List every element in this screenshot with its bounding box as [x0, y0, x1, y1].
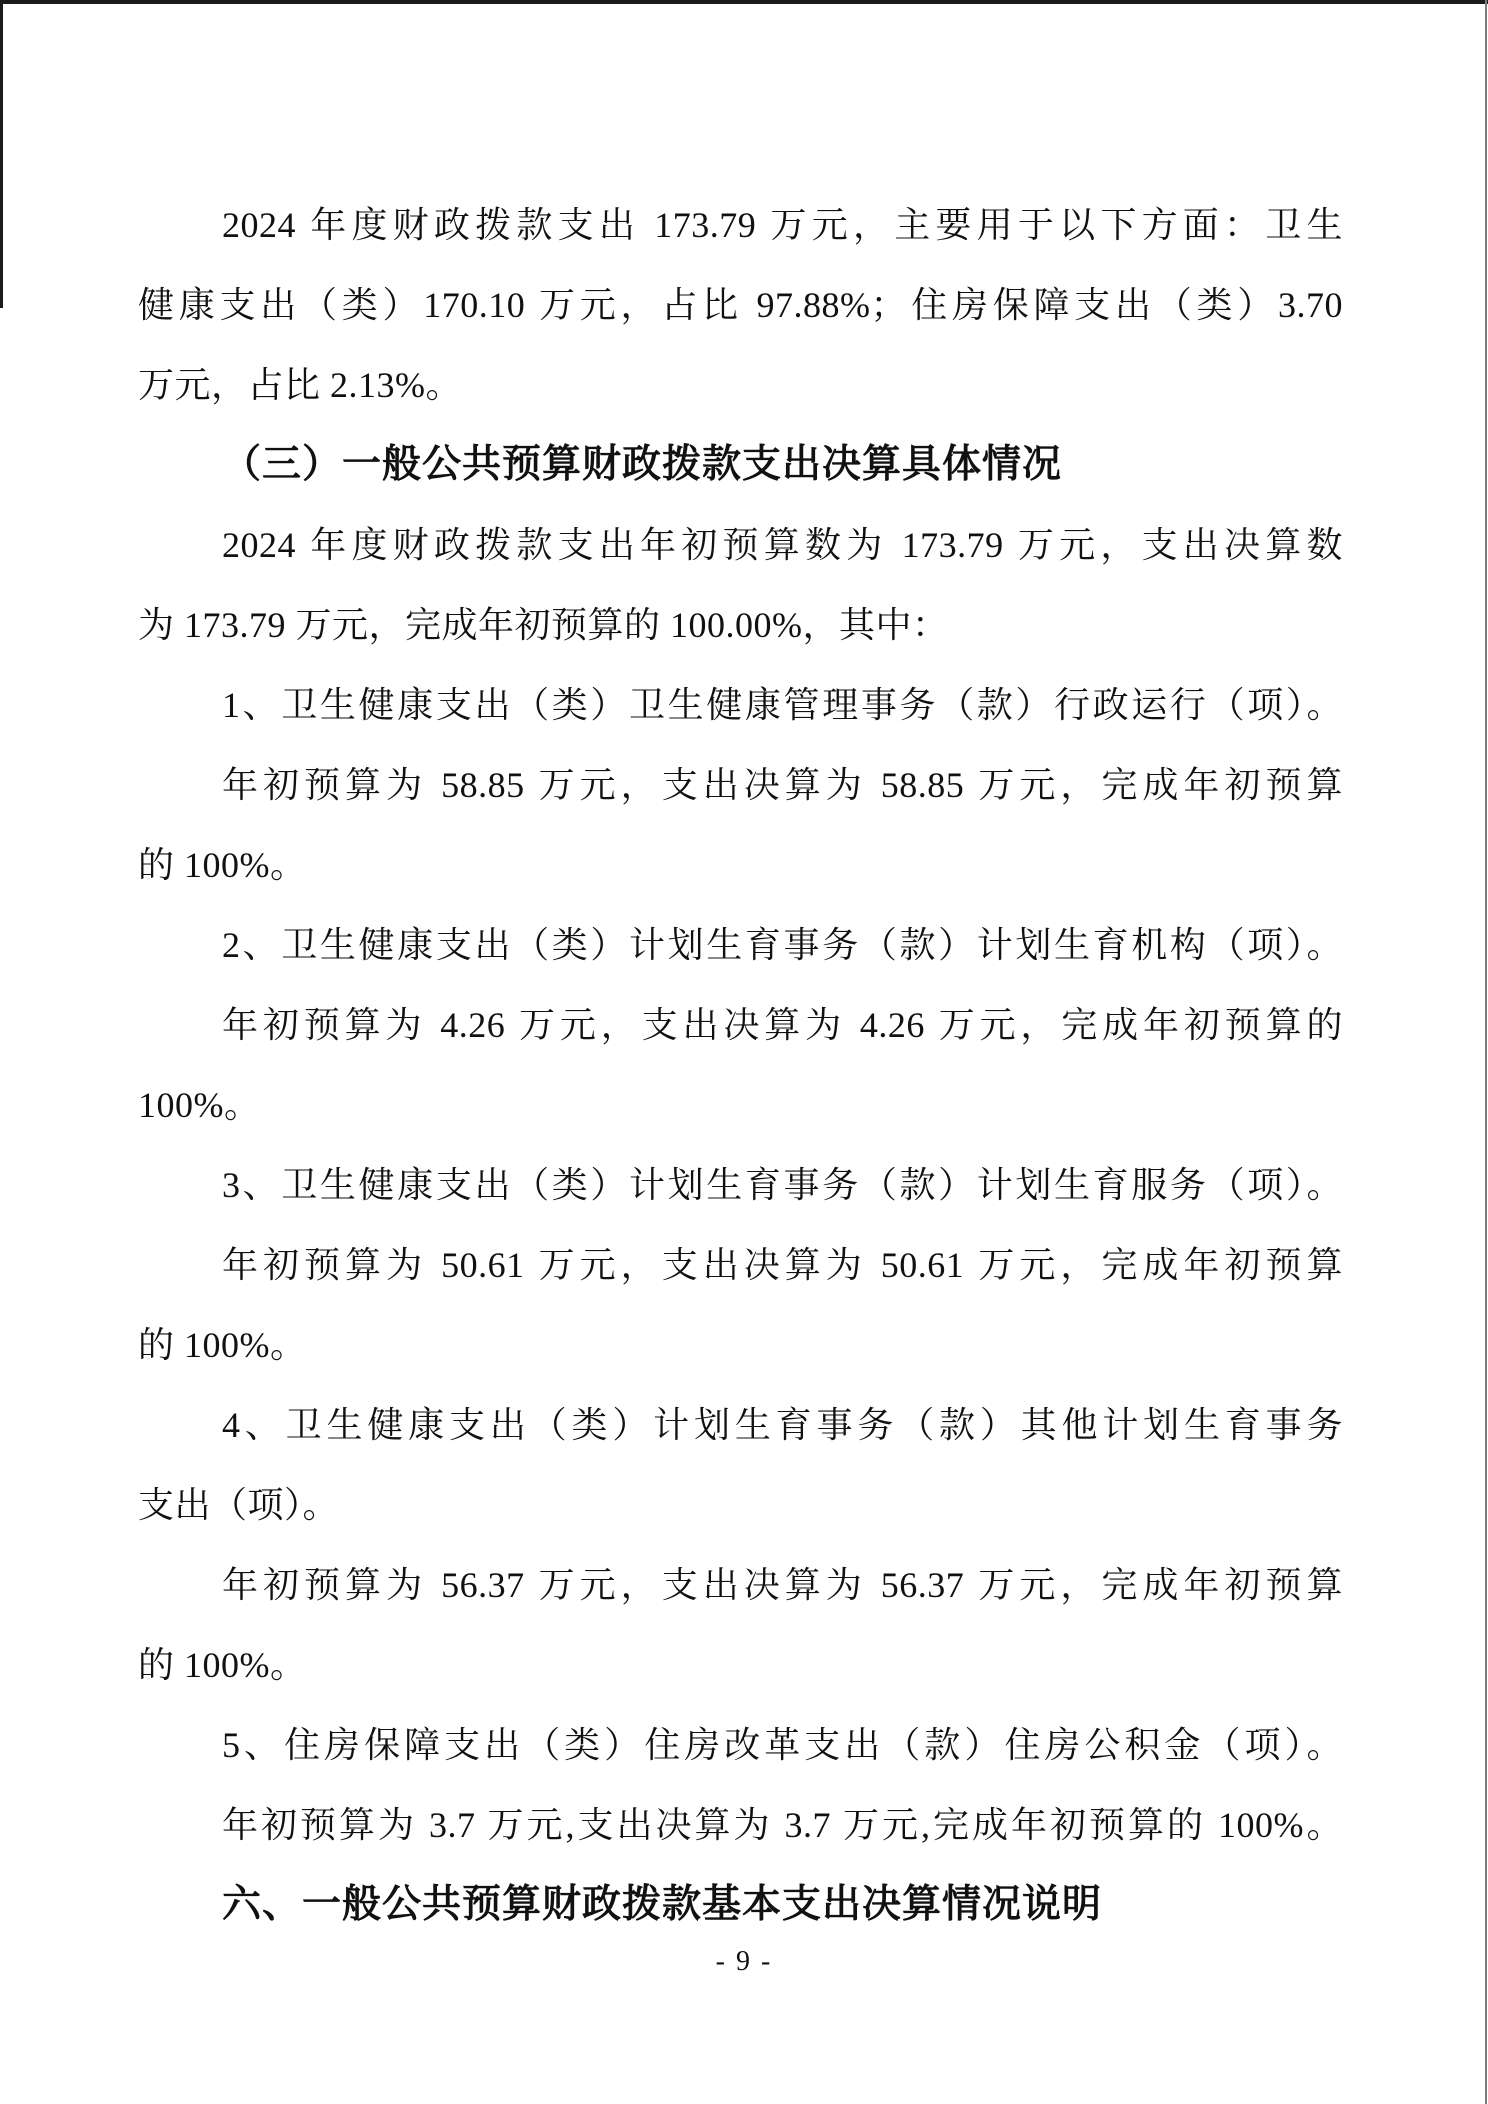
paragraph-line: 2024 年度财政拨款支出 173.79 万元，主要用于以下方面：卫生: [138, 185, 1343, 265]
scan-edge-right: [1485, 0, 1487, 2104]
paragraph-line: 支出（项）。: [138, 1465, 1343, 1545]
paragraph-line: 100%。: [138, 1065, 1343, 1145]
paragraph-line: 年初预算为 4.26 万元，支出决算为 4.26 万元，完成年初预算的: [138, 985, 1343, 1065]
paragraph-line: 年初预算为 3.7 万元,支出决算为 3.7 万元,完成年初预算的 100%。: [138, 1785, 1343, 1865]
paragraph-line: 万元，占比 2.13%。: [138, 345, 1343, 425]
document-page: 2024 年度财政拨款支出 173.79 万元，主要用于以下方面：卫生 健康支出…: [0, 0, 1488, 2104]
paragraph-line: 年初预算为 58.85 万元，支出决算为 58.85 万元，完成年初预算: [138, 745, 1343, 825]
scan-edge-left: [0, 0, 3, 308]
paragraph-line: 4、卫生健康支出（类）计划生育事务（款）其他计划生育事务: [138, 1385, 1343, 1465]
paragraph-line: 2024 年度财政拨款支出年初预算数为 173.79 万元，支出决算数: [138, 505, 1343, 585]
paragraph-line: 3、卫生健康支出（类）计划生育事务（款）计划生育服务（项）。: [138, 1145, 1343, 1225]
paragraph-line: 5、住房保障支出（类）住房改革支出（款）住房公积金（项）。: [138, 1705, 1343, 1785]
document-body: 2024 年度财政拨款支出 173.79 万元，主要用于以下方面：卫生 健康支出…: [138, 185, 1343, 1945]
paragraph-line: 健康支出（类）170.10 万元，占比 97.88%；住房保障支出（类）3.70: [138, 265, 1343, 345]
scan-edge-top: [0, 0, 1488, 4]
paragraph-line: 年初预算为 50.61 万元，支出决算为 50.61 万元，完成年初预算: [138, 1225, 1343, 1305]
paragraph-line: 年初预算为 56.37 万元，支出决算为 56.37 万元，完成年初预算: [138, 1545, 1343, 1625]
paragraph-line: 的 100%。: [138, 1625, 1343, 1705]
paragraph-line: 的 100%。: [138, 1305, 1343, 1385]
paragraph-line: 的 100%。: [138, 825, 1343, 905]
paragraph-line: 为 173.79 万元，完成年初预算的 100.00%，其中：: [138, 585, 1343, 665]
section-heading-3: （三）一般公共预算财政拨款支出决算具体情况: [138, 425, 1343, 505]
section-heading-6: 六、一般公共预算财政拨款基本支出决算情况说明: [138, 1865, 1343, 1945]
paragraph-line: 2、卫生健康支出（类）计划生育事务（款）计划生育机构（项）。: [138, 905, 1343, 985]
page-number: - 9 -: [0, 1946, 1488, 1978]
paragraph-line: 1、卫生健康支出（类）卫生健康管理事务（款）行政运行（项）。: [138, 665, 1343, 745]
